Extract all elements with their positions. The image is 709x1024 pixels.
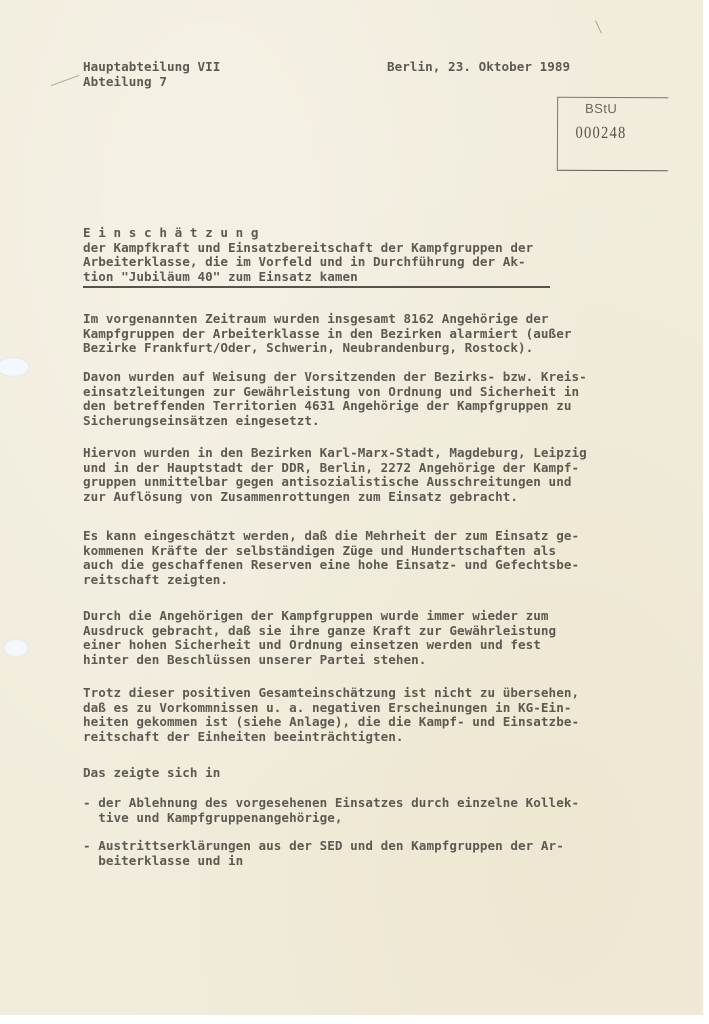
text-line: Davon wurden auf Weisung der Vorsitzende… xyxy=(83,369,587,384)
department-line-1: Hauptabteilung VII xyxy=(83,59,220,74)
place-date: Berlin, 23. Oktober 1989 xyxy=(387,60,570,75)
paragraph-readiness: Es kann eingeschätzt werden, daß die Meh… xyxy=(83,529,579,587)
text-line: zur Auflösung von Zusammenrottungen zum … xyxy=(83,489,518,504)
document-page: Hauptabteilung VII Abteilung 7 Berlin, 2… xyxy=(0,0,703,1015)
punch-hole xyxy=(3,639,29,657)
department-header: Hauptabteilung VII Abteilung 7 xyxy=(83,60,220,89)
paragraph-security-deployment: Davon wurden auf Weisung der Vorsitzende… xyxy=(83,370,587,428)
text-line: einer hohen Sicherheit und Ordnung einse… xyxy=(83,637,541,652)
title-underline xyxy=(83,286,550,288)
text-line: kommenen Kräfte der selbständigen Züge u… xyxy=(83,543,556,558)
paragraph-direct-deployment: Hiervon wurden in den Bezirken Karl-Marx… xyxy=(83,446,587,504)
text-line: Ausdruck gebracht, daß sie ihre ganze Kr… xyxy=(83,623,556,638)
text-line: Es kann eingeschätzt werden, daß die Meh… xyxy=(83,528,579,543)
department-line-2: Abteilung 7 xyxy=(83,74,167,89)
text-line: beiterklasse und in xyxy=(83,853,243,868)
text-line: Kampfgruppen der Arbeiterklasse in den B… xyxy=(83,326,571,341)
document-title: E i n s c h ä t z u n g der Kampfkraft u… xyxy=(83,226,533,284)
text-line: tive und Kampfgruppenangehörige, xyxy=(83,810,343,825)
title-line: tion "Jubiläum 40" zum Einsatz kamen xyxy=(83,269,358,284)
text-line: - Austrittserklärungen aus der SED und d… xyxy=(83,838,564,853)
stamp-title: BStU xyxy=(558,101,644,116)
text-line: - der Ablehnung des vorgesehenen Einsatz… xyxy=(83,795,579,810)
text-line: gruppen unmittelbar gegen antisozialisti… xyxy=(83,474,571,489)
pencil-mark xyxy=(51,75,80,86)
edge-mark xyxy=(595,20,602,33)
punch-hole xyxy=(0,357,30,377)
text-line: daß es zu Vorkommnissen u. a. negativen … xyxy=(83,700,571,715)
title-heading: E i n s c h ä t z u n g xyxy=(83,225,259,240)
text-line: auch die geschaffenen Reserven eine hohe… xyxy=(83,557,579,572)
text-line: Hiervon wurden in den Bezirken Karl-Marx… xyxy=(83,445,587,460)
text-line: reitschaft der Einheiten beeinträchtigte… xyxy=(83,729,404,744)
text-line: reitschaft zeigten. xyxy=(83,572,228,587)
paragraph-list-intro: Das zeigte sich in xyxy=(83,766,220,781)
paragraph-alarmed-count: Im vorgenannten Zeitraum wurden insgesam… xyxy=(83,312,571,356)
text-line: und in der Hauptstadt der DDR, Berlin, 2… xyxy=(83,460,579,475)
text-line: einsatzleitungen zur Gewährleistung von … xyxy=(83,384,579,399)
text-line: Bezirke Frankfurt/Oder, Schwerin, Neubra… xyxy=(83,340,533,355)
title-line: der Kampfkraft und Einsatzbereitschaft d… xyxy=(83,240,533,255)
paragraph-incidents: Trotz dieser positiven Gesamteinschätzun… xyxy=(83,686,579,744)
bullet-item: - Austrittserklärungen aus der SED und d… xyxy=(83,839,564,868)
text-line: heiten gekommen ist (siehe Anlage), die … xyxy=(83,714,579,729)
text-line: hinter den Beschlüssen unserer Partei st… xyxy=(83,652,426,667)
bullet-item: - der Ablehnung des vorgesehenen Einsatz… xyxy=(83,796,579,825)
title-line: Arbeiterklasse, die im Vorfeld und in Du… xyxy=(83,254,526,269)
text-line: den betreffenden Territorien 4631 Angehö… xyxy=(83,398,571,413)
paragraph-loyalty: Durch die Angehörigen der Kampfgruppen w… xyxy=(83,609,556,667)
archive-stamp: BStU 000248 xyxy=(557,97,668,172)
stamp-number: 000248 xyxy=(564,123,637,143)
text-line: Sicherungseinsätzen eingesetzt. xyxy=(83,413,320,428)
text-line: Im vorgenannten Zeitraum wurden insgesam… xyxy=(83,311,549,326)
text-line: Trotz dieser positiven Gesamteinschätzun… xyxy=(83,685,579,700)
text-line: Durch die Angehörigen der Kampfgruppen w… xyxy=(83,608,549,623)
